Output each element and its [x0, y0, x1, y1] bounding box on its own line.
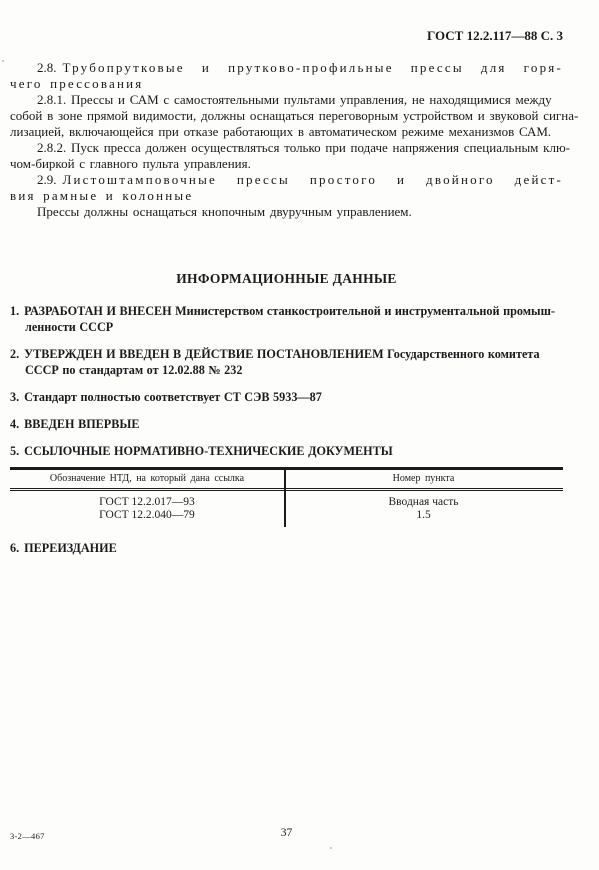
info-items: 1.РАЗРАБОТАН И ВНЕСЕН Министерством стан… — [10, 303, 563, 459]
table-punkt-column: Вводная часть 1.5 — [284, 496, 563, 522]
info-item-6-number: 6. — [10, 541, 24, 555]
clause-2-8-heading-number: 2.8. — [37, 60, 63, 75]
info-item-5-text: ССЫЛОЧНЫЕ НОРМАТИВНО-ТЕХНИЧЕСКИЕ ДОКУМЕН… — [24, 444, 393, 458]
clause-2-8-heading-line-2: чего прессования — [10, 76, 563, 92]
standard-clauses: 2.8.Трубопрутковые и прутково-профильные… — [10, 60, 563, 220]
info-item-2-line-1: 2.УТВЕРЖДЕН И ВВЕДЕН В ДЕЙСТВИЕ ПОСТАНОВ… — [10, 346, 563, 362]
info-item-1-line-2: ленности СССР — [10, 319, 563, 335]
info-item-6-text: ПЕРЕИЗДАНИЕ — [24, 541, 117, 555]
clause-2-9-text-line-1: Прессы должны оснащаться кнопочным двуру… — [10, 204, 563, 220]
info-item-3-text: Стандарт полностью соответствует СТ СЭВ … — [24, 390, 322, 404]
clause-2-8-2-line-1: 2.8.2. Пуск пресса должен осуществляться… — [10, 140, 563, 156]
info-item-2-text: УТВЕРЖДЕН И ВВЕДЕН В ДЕЙСТВИЕ ПОСТАНОВЛЕ… — [24, 347, 539, 361]
clause-2-8-1-line-1: 2.8.1. Прессы и САМ с самостоятельными п… — [10, 92, 563, 108]
scan-speck — [2, 60, 4, 62]
table-col-header-punkt: Номер пункта — [284, 470, 563, 488]
info-item-6-line-1: 6.ПЕРЕИЗДАНИЕ — [10, 540, 563, 556]
table-cell-punkt-1: Вводная часть — [284, 496, 563, 509]
table-header-row: Обозначение НТД, на который дана ссылка … — [10, 470, 563, 488]
info-item-3: 3.Стандарт полностью соответствует СТ СЭ… — [10, 389, 563, 405]
references-table: Обозначение НТД, на который дана ссылка … — [10, 467, 563, 527]
table-cell-ntd-2: ГОСТ 12.2.040—79 — [10, 509, 284, 522]
info-item-1-number: 1. — [10, 304, 24, 318]
table-cell-punkt-2: 1.5 — [284, 509, 563, 522]
clause-2-9-text: Прессы должны оснащаться кнопочным двуру… — [10, 204, 563, 220]
table-col-header-ntd: Обозначение НТД, на который дана ссылка — [10, 470, 284, 488]
clause-2-8-1: 2.8.1. Прессы и САМ с самостоятельными п… — [10, 92, 563, 140]
doc-header: ГОСТ 12.2.117—88 С. 3 — [10, 28, 563, 44]
clause-2-8-2: 2.8.2. Пуск пресса должен осуществляться… — [10, 140, 563, 172]
clause-2-9-heading-text: Листоштамповочные прессы простого и двой… — [63, 172, 564, 187]
info-item-6: 6.ПЕРЕИЗДАНИЕ — [10, 540, 563, 556]
clause-2-8-heading: 2.8.Трубопрутковые и прутково-профильные… — [10, 60, 563, 92]
info-item-4: 4.ВВЕДЕН ВПЕРВЫЕ — [10, 416, 563, 432]
info-item-5-number: 5. — [10, 444, 24, 458]
info-item-1: 1.РАЗРАБОТАН И ВНЕСЕН Министерством стан… — [10, 303, 563, 335]
clause-2-9-heading: 2.9.Листоштамповочные прессы простого и … — [10, 172, 563, 204]
table-cell-ntd-1: ГОСТ 12.2.017—93 — [10, 496, 284, 509]
document-page: ГОСТ 12.2.117—88 С. 3 2.8.Трубопрутковые… — [0, 0, 599, 870]
clause-2-9-heading-number: 2.9. — [37, 172, 63, 187]
info-item-4-line-1: 4.ВВЕДЕН ВПЕРВЫЕ — [10, 416, 563, 432]
clause-2-9-heading-line-2: вия рамные и колонные — [10, 188, 563, 204]
scan-speck — [115, 374, 117, 376]
info-item-2: 2.УТВЕРЖДЕН И ВВЕДЕН В ДЕЙСТВИЕ ПОСТАНОВ… — [10, 346, 563, 378]
info-item-4-text: ВВЕДЕН ВПЕРВЫЕ — [24, 417, 139, 431]
clause-2-8-2-line-2: чом-биркой с главного пульта управления. — [10, 156, 563, 172]
info-item-1-line-1: 1.РАЗРАБОТАН И ВНЕСЕН Министерством стан… — [10, 303, 563, 319]
info-section-title: ИНФОРМАЦИОННЫЕ ДАННЫЕ — [10, 270, 563, 287]
table-body: ГОСТ 12.2.017—93 ГОСТ 12.2.040—79 Вводна… — [10, 491, 563, 527]
clause-2-8-heading-line-1: 2.8.Трубопрутковые и прутково-профильные… — [10, 60, 563, 76]
clause-2-8-1-line-2: собой в зоне прямой видимости, должны ос… — [10, 108, 563, 124]
info-item-4-number: 4. — [10, 417, 24, 431]
info-items-after-table: 6.ПЕРЕИЗДАНИЕ — [10, 540, 563, 556]
table-ntd-column: ГОСТ 12.2.017—93 ГОСТ 12.2.040—79 — [10, 496, 284, 522]
clause-2-9-heading-line-1: 2.9.Листоштамповочные прессы простого и … — [10, 172, 563, 188]
scan-speck — [330, 847, 332, 849]
info-item-2-line-2: СССР по стандартам от 12.02.88 № 232 — [10, 362, 563, 378]
clause-2-8-heading-text: Трубопрутковые и прутково-профильные пре… — [63, 60, 564, 75]
clause-2-8-1-line-3: лизацией, включающейся при отказе работа… — [10, 124, 563, 140]
info-item-5-line-1: 5.ССЫЛОЧНЫЕ НОРМАТИВНО-ТЕХНИЧЕСКИЕ ДОКУМ… — [10, 443, 563, 459]
info-item-2-number: 2. — [10, 347, 24, 361]
info-item-3-line-1: 3.Стандарт полностью соответствует СТ СЭ… — [10, 389, 563, 405]
info-item-5: 5.ССЫЛОЧНЫЕ НОРМАТИВНО-ТЕХНИЧЕСКИЕ ДОКУМ… — [10, 443, 563, 459]
page-number: 37 — [10, 827, 563, 839]
info-item-3-number: 3. — [10, 390, 24, 404]
table-column-divider — [284, 467, 286, 527]
info-item-1-text: РАЗРАБОТАН И ВНЕСЕН Министерством станко… — [24, 304, 555, 318]
